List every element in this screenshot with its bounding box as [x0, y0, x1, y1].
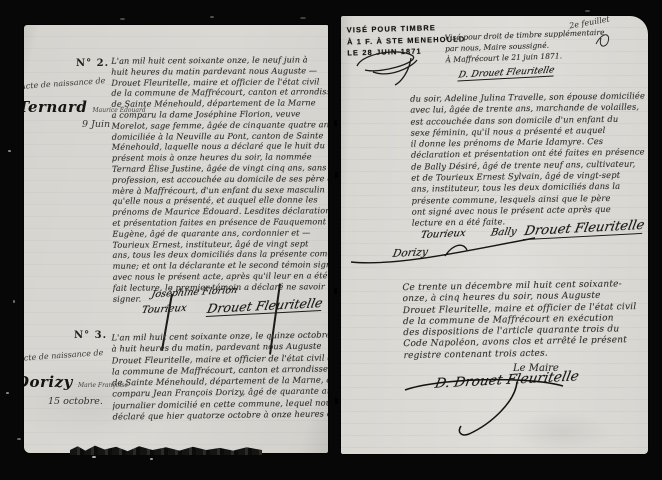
debris-speck: [13, 300, 15, 303]
binding-stitch: [335, 172, 338, 178]
acte-3-margin-date: 15 octobre.: [48, 396, 103, 407]
debris-speck: [210, 16, 214, 18]
scanned-register-spread: N° 2. Acte de naissance de Ternard Mauri…: [0, 0, 662, 480]
binding-stitch: [334, 288, 337, 294]
visa-note: Visé pour droit de timbre supplémentaire…: [444, 26, 637, 66]
acte-2-surname: Ternard: [24, 98, 87, 116]
acte-2-margin-number: N° 2.: [76, 58, 109, 69]
debris-speck: [585, 10, 590, 12]
debris-speck: [300, 17, 306, 19]
acte-2-margin-label: Acte de naissance de: [24, 76, 106, 91]
text-line: déclaré que hier quatorze octobre à onze…: [112, 409, 328, 423]
debris-speck: [92, 456, 96, 458]
debris-speck: [120, 18, 125, 20]
visa-signature: D. Drouet Fleuritelle: [457, 66, 555, 82]
acte-3-margin-label: Acte de naissance de: [24, 348, 104, 363]
binding-stitch: [334, 120, 337, 126]
acte-3-margin-number: N° 3.: [74, 330, 107, 341]
debris-speck: [6, 392, 9, 394]
debris-speck: [8, 150, 11, 152]
acte-2-margin-date: 9 Juin: [82, 119, 110, 130]
stamp-signature-scrawl: [351, 46, 429, 86]
left-page: N° 2. Acte de naissance de Ternard Mauri…: [24, 25, 328, 453]
closing-statement: Ce trente un décembre mil huit cent soix…: [402, 279, 645, 362]
right-page: 2e feuillet VISÉ POUR TIMBRE À 1 F. À ST…: [341, 16, 648, 454]
dorizy-signature-flourish: [349, 234, 539, 268]
acte-2-body: L'an mil huit cent soixante onze, le neu…: [111, 54, 328, 304]
signature-tourieux: Tourieux: [141, 303, 188, 316]
binding-stitch: [335, 398, 338, 404]
debris-speck: [150, 458, 153, 460]
acte-3-body: L'an mil huit cent soixante onze, le qui…: [111, 329, 328, 422]
acte-3-surname: Dorizy: [24, 373, 73, 391]
acte-3-continuation-body: du soir, Adeline Julina Travelle, son ép…: [410, 90, 648, 229]
closing-signature-flourish: [399, 368, 569, 438]
debris-speck: [17, 438, 21, 440]
